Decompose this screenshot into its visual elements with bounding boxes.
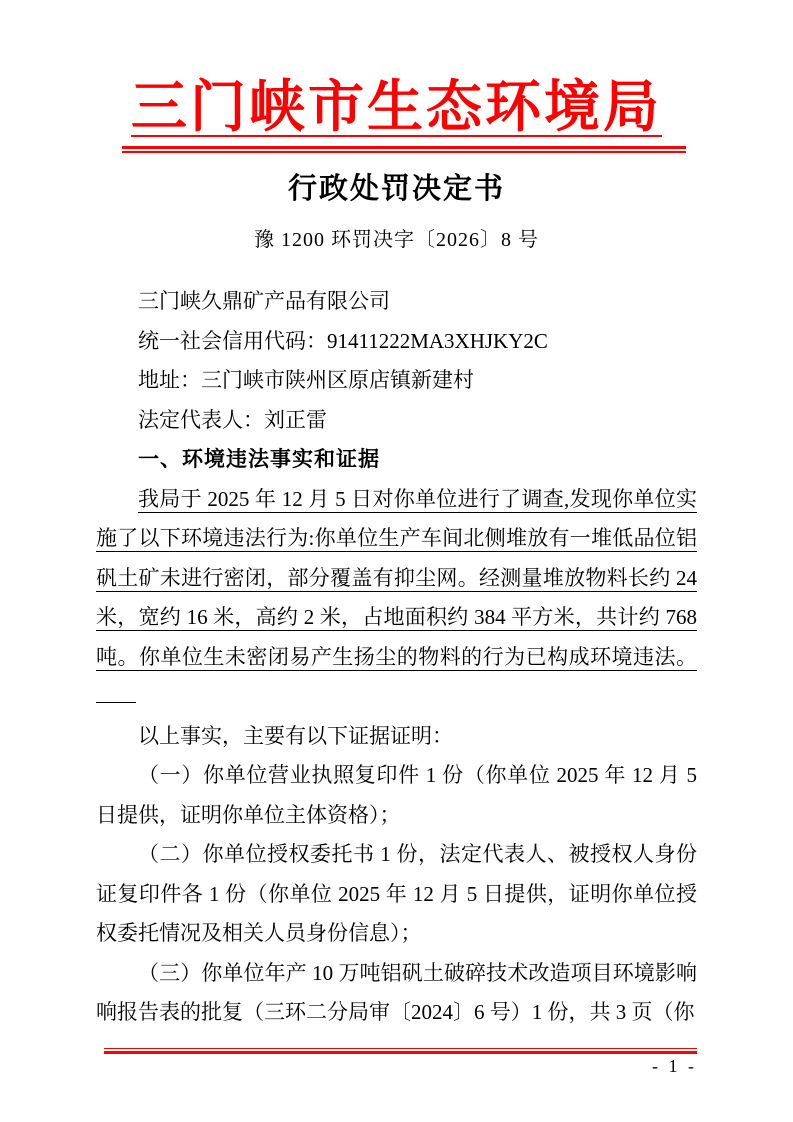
party-credit-code: 统一社会信用代码：91411222MA3XHJKY2C — [96, 322, 697, 362]
document-number: 豫 1200 环罚决字〔2026〕8 号 — [96, 227, 697, 253]
document-page: 三门峡市生态环境局 行政处罚决定书 豫 1200 环罚决字〔2026〕8 号 三… — [0, 0, 793, 1122]
page-number: - 1 - — [96, 1054, 697, 1078]
facts-paragraph: 我局于 2025 年 12 月 5 日对你单位进行了调查,发现你单位实施了以下环… — [96, 480, 697, 717]
party-company-name: 三门峡久鼎矿产品有限公司 — [96, 282, 697, 322]
facts-paragraph-underlined-text: 我局于 2025 年 12 月 5 日对你单位进行了调查,发现你单位实施了以下环… — [96, 487, 697, 669]
party-address: 地址：三门峡市陕州区原店镇新建村 — [96, 361, 697, 401]
letterhead-double-rule — [122, 146, 686, 153]
evidence-intro: 以上事实，主要有以下证据证明： — [96, 717, 697, 757]
bureau-letterhead-title: 三门峡市生态环境局 — [96, 78, 697, 138]
document-title: 行政处罚决定书 — [96, 172, 697, 206]
section-heading-facts-and-evidence: 一、环境违法事实和证据 — [96, 440, 697, 480]
evidence-item-1: （一）你单位营业执照复印件 1 份（你单位 2025 年 12 月 5 日提供，… — [96, 756, 697, 835]
facts-paragraph-trailing-underline — [96, 678, 136, 703]
evidence-item-2: （二）你单位授权委托书 1 份，法定代表人、被授权人身份证复印件各 1 份（你单… — [96, 835, 697, 954]
party-legal-representative: 法定代表人：刘正雷 — [96, 401, 697, 441]
document-body: 三门峡久鼎矿产品有限公司 统一社会信用代码：91411222MA3XHJKY2C… — [96, 282, 697, 1033]
evidence-item-3: （三）你单位年产 10 万吨铝矾土破碎技术改造项目环境影响响报告表的批复（三环二… — [96, 954, 697, 1033]
